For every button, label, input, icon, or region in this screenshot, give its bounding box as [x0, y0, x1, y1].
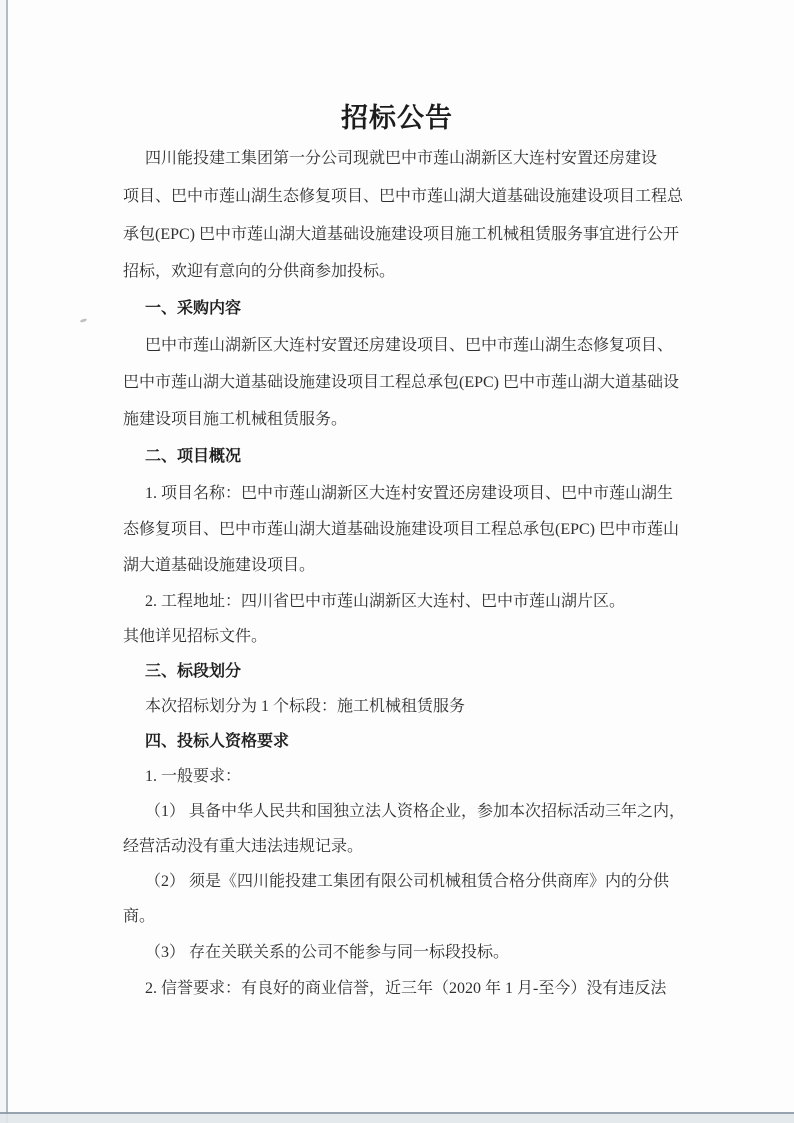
- section-heading: 四、投标人资格要求: [145, 732, 289, 752]
- document-line: （2） 须是《四川能投建工集团有限公司机械租赁合格分供商库》内的分供: [145, 872, 669, 892]
- document-line: 本次招标划分为 1 个标段：施工机械租赁服务: [145, 697, 465, 717]
- document-page: 招标公告 四川能投建工集团第一分公司现就巴中市莲山湖新区大连村安置还房建设项目、…: [0, 0, 794, 1123]
- page-title: 招标公告: [0, 96, 794, 135]
- section-heading: 一、采购内容: [145, 299, 241, 319]
- document-line: 施建设项目施工机械租赁服务。: [123, 410, 347, 430]
- scan-edge-bottom: [0, 1112, 794, 1123]
- section-heading: 二、项目概况: [145, 447, 241, 467]
- document-line: 承包(EPC) 巴中市莲山湖大道基础设施建设项目施工机械租赁服务事宜进行公开: [123, 225, 679, 245]
- scan-speck: [80, 318, 88, 323]
- document-line: 1. 一般要求：: [145, 767, 241, 787]
- document-line: 项目、巴中市莲山湖生态修复项目、巴中市莲山湖大道基础设施建设项目工程总: [123, 187, 683, 207]
- document-line: 湖大道基础设施建设项目。: [123, 556, 315, 576]
- document-line: 其他详见招标文件。: [123, 627, 267, 647]
- document-line: 态修复项目、巴中市莲山湖大道基础设施建设项目工程总承包(EPC) 巴中市莲山: [123, 520, 679, 540]
- document-line: 招标，欢迎有意向的分供商参加投标。: [123, 262, 395, 282]
- document-line: 巴中市莲山湖新区大连村安置还房建设项目、巴中市莲山湖生态修复项目、: [145, 336, 673, 356]
- document-line: 2. 信誉要求：有良好的商业信誉，近三年（2020 年 1 月-至今）没有违反法: [145, 979, 666, 999]
- document-line: （1） 具备中华人民共和国独立法人资格企业，参加本次招标活动三年之内，: [145, 802, 685, 822]
- document-line: （3） 存在关联关系的公司不能参与同一标段投标。: [145, 943, 509, 963]
- document-line: 1. 项目名称：巴中市莲山湖新区大连村安置还房建设项目、巴中市莲山湖生: [145, 484, 673, 504]
- document-line: 巴中市莲山湖大道基础设施建设项目工程总承包(EPC) 巴中市莲山湖大道基础设: [123, 373, 679, 393]
- document-line: 2. 工程地址：四川省巴中市莲山湖新区大连村、巴中市莲山湖片区。: [145, 592, 625, 612]
- document-line: 经营活动没有重大违法违规记录。: [123, 837, 363, 857]
- document-line: 四川能投建工集团第一分公司现就巴中市莲山湖新区大连村安置还房建设: [145, 149, 657, 169]
- document-line: 商。: [123, 907, 155, 927]
- scan-edge-left: [0, 0, 8, 1123]
- section-heading: 三、标段划分: [145, 662, 241, 682]
